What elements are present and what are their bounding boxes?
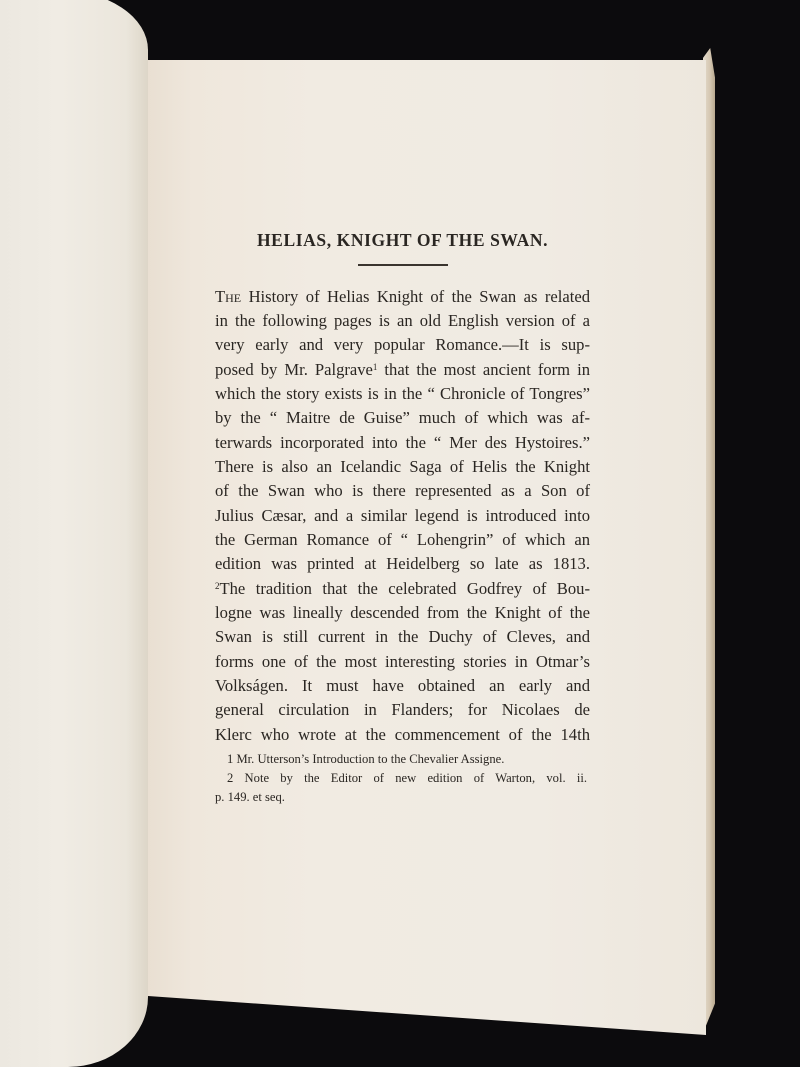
text-line: logne was lineally descended from the Kn… bbox=[215, 601, 590, 625]
text-line: Volkságen. It must have obtained an earl… bbox=[215, 674, 590, 698]
text-line: in the following pages is an old English… bbox=[215, 309, 590, 333]
text-line: The History of Helias Knight of the Swan… bbox=[215, 285, 590, 309]
chapter-heading: HELIAS, KNIGHT OF THE SWAN. bbox=[215, 228, 590, 252]
text-line: very early and very popular Romance.—It … bbox=[215, 333, 590, 357]
text-line: Julius Cæsar, and a similar legend is in… bbox=[215, 504, 590, 528]
text-line: of the Swan who is there represented as … bbox=[215, 479, 590, 503]
text-line: general circulation in Flanders; for Nic… bbox=[215, 698, 590, 722]
text-line: terwards incorporated into the “ Mer des… bbox=[215, 431, 590, 455]
footnote-2-continued: p. 149. et seq. bbox=[215, 788, 587, 807]
text-line: posed by Mr. Palgrave1 that the most anc… bbox=[215, 358, 590, 382]
page-text-block: HELIAS, KNIGHT OF THE SWAN. The History … bbox=[215, 228, 590, 747]
text-line: Klerc who wrote at the commencement of t… bbox=[215, 723, 590, 747]
text-line: the German Romance of “ Lohengrin” of wh… bbox=[215, 528, 590, 552]
footnote-2: 2 Note by the Editor of new edition of W… bbox=[215, 769, 587, 788]
footnote-1: 1 Mr. Utterson’s Introduction to the Che… bbox=[215, 750, 587, 769]
text-line: by the “ Maitre de Guise” much of which … bbox=[215, 406, 590, 430]
text-line: edition was printed at Heidelberg so lat… bbox=[215, 552, 590, 576]
left-page-verso bbox=[0, 0, 148, 1067]
text-line: forms one of the most interesting storie… bbox=[215, 650, 590, 674]
text-line: which the story exists is in the “ Chron… bbox=[215, 382, 590, 406]
text-line: 2The tradition that the celebrated Godfr… bbox=[215, 577, 590, 601]
footnotes: 1 Mr. Utterson’s Introduction to the Che… bbox=[215, 750, 587, 807]
body-paragraph: The History of Helias Knight of the Swan… bbox=[215, 285, 590, 748]
text-line: There is also an Icelandic Saga of Helis… bbox=[215, 455, 590, 479]
heading-rule-divider bbox=[358, 264, 448, 266]
text-line: Swan is still current in the Duchy of Cl… bbox=[215, 625, 590, 649]
